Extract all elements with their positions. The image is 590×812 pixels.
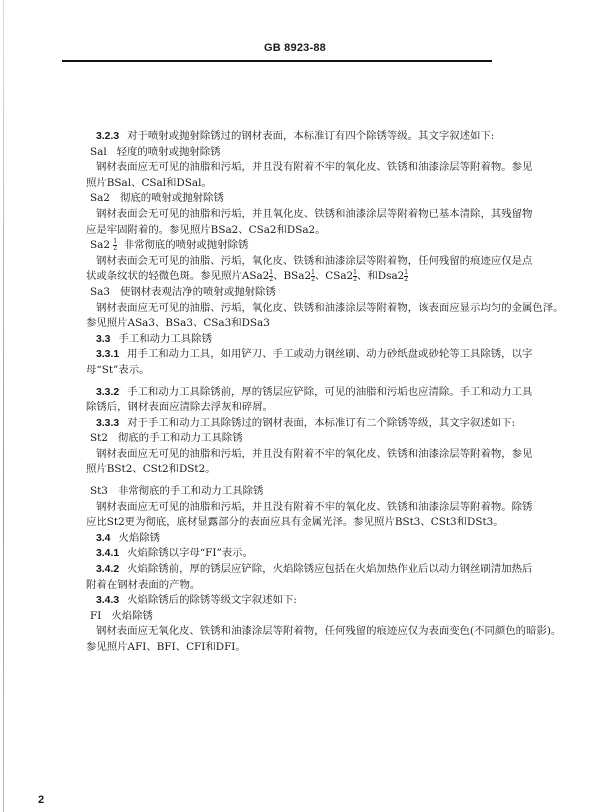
grade-code: St3 <box>90 485 108 497</box>
grade-description: 钢材表面应无可见的油脂和污垢，并且没有附着不牢的氧化皮、铁锈和油漆涂层等附着物。… <box>86 160 546 176</box>
grade-st3: St3非常彻底的手工和动力工具除锈 钢材表面应无可见的油脂和污垢，并且没有附着不… <box>86 484 546 531</box>
clause-number: 3.3.1 <box>96 349 119 360</box>
grade-description-cont: 状或条纹状的轻微色斑。参见照片ASa212、BSa212、CSa212、和Dsa… <box>86 269 546 285</box>
page-edge <box>3 0 4 812</box>
grade-code: Sa2 <box>90 192 110 204</box>
grade-sa1: Sal轻度的喷射或抛射除锈 钢材表面应无可见的油脂和污垢，并且没有附着不牢的氧化… <box>86 145 546 192</box>
clause-number: 3.4.1 <box>96 548 119 559</box>
grade-title: 非常彻底的手工和动力工具除锈 <box>118 485 263 497</box>
clause-3-3-1: 3.3.1用手工和动力工具，如用铲刀、手工或动力钢丝刷、动力砂纸盘或砂轮等工具除… <box>86 347 546 378</box>
grade-description: 钢材表面应无氧化皮、铁锈和油漆涂层等附着物，任何残留的痕迹应仅为表面变色(不同颜… <box>86 624 546 640</box>
grade-description: 钢材表面应无可见的油脂、污垢，氧化皮、铁锈和油漆涂层等附着物，该表面应显示均匀的… <box>86 301 546 317</box>
clause-3-3-2: 3.3.2手工和动力工具除锈前，厚的锈层应铲除，可见的油脂和污垢也应清除。手工和… <box>86 385 546 416</box>
clause-text: 火焰除锈后的除锈等级文字叙述如下: <box>127 594 297 606</box>
grade-title: 彻底的手工和动力工具除锈 <box>118 432 243 444</box>
clause-text-cont: 除锈后，钢材表面应清除去浮灰和碎屑。 <box>86 400 546 416</box>
clause-number: 3.2.3 <box>96 131 119 142</box>
clause-text: 火焰除锈以字母“FI”表示。 <box>127 547 253 559</box>
grade-description: 钢材表面应无可见的油脂和污垢，并且没有附着不牢的氧化皮、铁锈和油漆涂层等附着物。… <box>86 500 546 516</box>
section-number: 3.3 <box>96 334 110 345</box>
clause-number: 3.3.3 <box>96 418 119 429</box>
grade-description-cont: 参见照片AFI、BFI、CFI和DFI。 <box>86 640 546 656</box>
grade-description: 钢材表面会无可见的油脂和污垢，并且氧化皮、铁锈和油漆涂层等附着物已基本清除，其残… <box>86 207 546 223</box>
grade-code: FI <box>90 610 101 622</box>
clause-number: 3.4.3 <box>96 595 119 606</box>
clause-3-4-2: 3.4.2火焰除锈前，厚的锈层应铲除，火焰除锈应包括在火焰加热作业后以动力钢丝刷… <box>86 562 546 593</box>
grade-title: 彻底的喷射或抛射除锈 <box>120 192 224 204</box>
clause-3-3-3: 3.3.3对于手工和动力工具除锈过的钢材表面，本标准订有二个除锈等级，其文字叙述… <box>86 416 546 432</box>
clause-text: 对于喷射或抛射除锈过的钢材表面，本标准订有四个除锈等级。其文字叙述如下: <box>127 130 494 142</box>
clause-number: 3.3.2 <box>96 387 119 398</box>
fraction-one-half: 12 <box>404 270 408 283</box>
grade-code: Sa3 <box>90 286 110 298</box>
header-rule <box>62 60 492 62</box>
grade-code: Sal <box>90 146 107 158</box>
page-number: 2 <box>38 794 44 806</box>
grade-description: 钢材表面会无可见的油脂、污垢，氧化皮、铁锈和油漆涂层等附着物，任何残留的痕迹应仅… <box>86 254 546 270</box>
clause-3-4-3: 3.4.3火焰除锈后的除锈等级文字叙述如下: <box>86 593 546 609</box>
section-3-4: 3.4火焰除锈 <box>86 531 546 547</box>
section-title: 火焰除锈 <box>118 532 160 544</box>
clause-text: 用手工和动力工具，如用铲刀、手工或动力钢丝刷、动力砂纸盘或砂轮等工具除锈，以字 <box>127 348 532 360</box>
clause-text: 对于手工和动力工具除锈过的钢材表面，本标准订有二个除锈等级，其文字叙述如下: <box>127 417 515 429</box>
grade-sa3: Sa3使钢材表观洁净的喷射或抛射除锈 钢材表面应无可见的油脂、污垢，氧化皮、铁锈… <box>86 285 546 332</box>
grade-description-cont: 照片BSt2、CSt2和DSt2。 <box>86 462 546 478</box>
grade-title: 火焰除锈 <box>111 610 153 622</box>
clause-number: 3.4.2 <box>96 564 119 575</box>
clause-text-cont: 母“St”表示。 <box>86 363 546 379</box>
clause-text-cont: 附着在钢材表面的产物。 <box>86 578 546 594</box>
section-title: 手工和动力工具除锈 <box>118 333 212 345</box>
grade-title: 非常彻底的喷射或抛射除锈 <box>124 239 249 251</box>
grade-description-cont: 应比St2更为彻底，底材显露部分的表面应具有金属光泽。参见照片BSt3、CSt3… <box>86 515 546 531</box>
grade-code: Sa2 <box>90 239 110 251</box>
grade-code: St2 <box>90 432 108 444</box>
section-3-3: 3.3手工和动力工具除锈 <box>86 332 546 348</box>
section-number: 3.4 <box>96 533 110 544</box>
grade-description-cont: 应是牢固附着的。参见照片BSa2、CSa2和DSa2。 <box>86 223 546 239</box>
fraction-one-half: 12 <box>113 239 117 252</box>
grade-title: 轻度的喷射或抛射除锈 <box>117 146 221 158</box>
clause-text: 火焰除锈前，厚的锈层应铲除，火焰除锈应包括在火焰加热作业后以动力钢丝刷清加热后 <box>127 563 532 575</box>
grade-st2: St2彻底的手工和动力工具除锈 钢材表面应无可见的油脂和污垢，并且没有附着不牢的… <box>86 431 546 478</box>
grade-description-cont: 照片BSal、CSal和DSal。 <box>86 176 546 192</box>
grade-description-cont: 参见照片ASa3、BSa3、CSa3和DSa3 <box>86 316 546 332</box>
clause-text: 手工和动力工具除锈前，厚的锈层应铲除，可见的油脂和污垢也应清除。手工和动力工具 <box>127 386 532 398</box>
grade-fi: FI火焰除锈 钢材表面应无氧化皮、铁锈和油漆涂层等附着物，任何残留的痕迹应仅为表… <box>86 609 546 656</box>
clause-3-2-3: 3.2.3对于喷射或抛射除锈过的钢材表面，本标准订有四个除锈等级。其文字叙述如下… <box>86 129 546 145</box>
document-body: 3.2.3对于喷射或抛射除锈过的钢材表面，本标准订有四个除锈等级。其文字叙述如下… <box>86 129 546 656</box>
clause-3-4-1: 3.4.1火焰除锈以字母“FI”表示。 <box>86 546 546 562</box>
grade-sa2: Sa2彻底的喷射或抛射除锈 钢材表面会无可见的油脂和污垢，并且氧化皮、铁锈和油漆… <box>86 191 546 238</box>
grade-sa2-half: Sa2 12 非常彻底的喷射或抛射除锈 钢材表面会无可见的油脂、污垢，氧化皮、铁… <box>86 238 546 285</box>
grade-description: 钢材表面应无可见的油脂和污垢，并且没有附着不牢的氧化皮、铁锈和油漆涂层等附着物，… <box>86 447 546 463</box>
grade-title: 使钢材表观洁净的喷射或抛射除锈 <box>120 286 276 298</box>
standard-code-header: GB 8923-88 <box>0 42 590 54</box>
